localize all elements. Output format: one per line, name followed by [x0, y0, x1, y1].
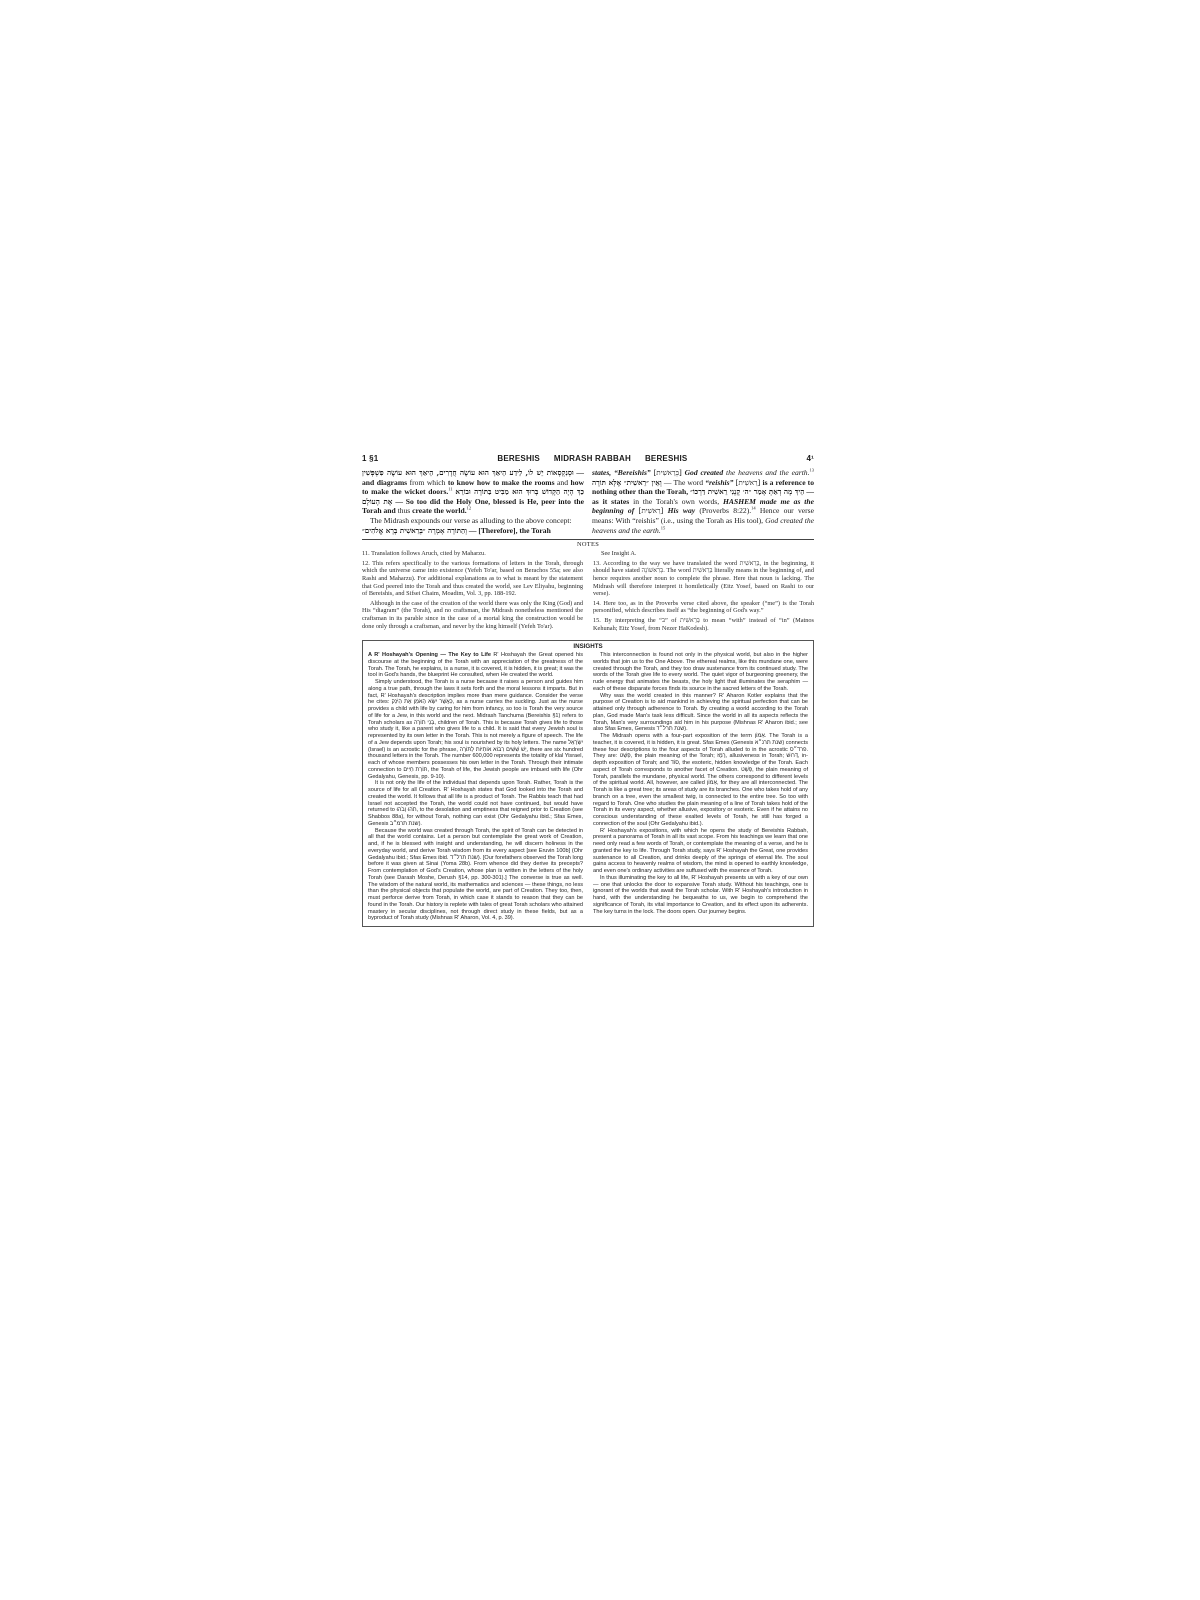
note-item: 11. Translation follows Aruch, cited by … [362, 550, 583, 558]
insight-paragraph: It is not only the life of the individua… [368, 780, 583, 827]
note-item: 14. Here too, as in the Proverbs verse c… [593, 600, 814, 615]
notes-heading: NOTES [362, 541, 814, 548]
main-text: וּסְנִקְסָאוֹת יֵשׁ לוֹ, לֵידַע הֵיאַךְ … [362, 468, 814, 535]
main-right-column: states, “Bereishis” [בְּרֵאשִׁית] God cr… [592, 468, 814, 535]
insights-columns: A R' Hoshayah's Opening — The Key to Lif… [368, 652, 808, 922]
insights-heading: INSIGHTS [368, 643, 808, 650]
notes-section: 11. Translation follows Aruch, cited by … [362, 550, 814, 634]
main-left-column: וּסְנִקְסָאוֹת יֵשׁ לוֹ, לֵידַע הֵיאַךְ … [362, 468, 584, 535]
notes-right-column: See Insight A. 13. According to the way … [593, 550, 814, 634]
note-item: 15. By interpreting the “בּ” of בְּרֵאשִ… [593, 617, 814, 632]
insight-paragraph: R' Hoshayah's expositions, with which he… [593, 828, 808, 875]
insight-title: A R' Hoshayah's Opening — The Key to Lif… [368, 652, 491, 658]
main-paragraph: states, “Bereishis” [בְּרֵאשִׁית] God cr… [592, 468, 814, 535]
book-page: 1 §1 BERESHIS MIDRASH RABBAH BERESHIS 4¹… [362, 452, 814, 927]
insight-paragraph: This interconnection is found not only i… [593, 652, 808, 693]
main-paragraph: וְהַתּוֹרָה אָמְרָה ״בְּרֵאשִׁית בָּרָא … [362, 526, 584, 536]
main-paragraph: The Midrash expounds our verse as alludi… [362, 516, 584, 526]
note-item: 12. This refers specifically to the vari… [362, 560, 583, 598]
insights-box: INSIGHTS A R' Hoshayah's Opening — The K… [362, 640, 814, 927]
insights-left-column: A R' Hoshayah's Opening — The Key to Lif… [368, 652, 583, 922]
note-item: 13. According to the way we have transla… [593, 560, 814, 598]
book-title: BERESHIS MIDRASH RABBAH BERESHIS [497, 454, 687, 463]
notes-left-column: 11. Translation follows Aruch, cited by … [362, 550, 583, 634]
footnote-ref[interactable]: 13 [810, 467, 815, 472]
running-head: 1 §1 BERESHIS MIDRASH RABBAH BERESHIS 4¹ [362, 452, 814, 464]
insight-paragraph: The Midrash opens with a four-part expos… [593, 733, 808, 828]
insight-paragraph: A R' Hoshayah's Opening — The Key to Lif… [368, 652, 583, 679]
insight-paragraph: Simply understood, the Torah is a nurse … [368, 679, 583, 780]
insight-paragraph: Because the world was created through To… [368, 828, 583, 923]
note-item: Although in the case of the creation of … [362, 600, 583, 630]
page-number: 4¹ [806, 454, 814, 463]
footnote-ref[interactable]: 11 [448, 487, 452, 492]
insight-paragraph: In thus illuminating the key to all life… [593, 875, 808, 916]
notes-divider [362, 539, 814, 540]
footnote-ref[interactable]: 15 [661, 525, 666, 530]
chapter-section: 1 §1 [362, 454, 378, 463]
insight-cross-reference[interactable]: See Insight A. [593, 550, 814, 558]
insights-right-column: This interconnection is found not only i… [593, 652, 808, 922]
footnote-ref[interactable]: 12 [467, 506, 472, 511]
main-paragraph: וּסְנִקְסָאוֹת יֵשׁ לוֹ, לֵידַע הֵיאַךְ … [362, 468, 584, 516]
insight-paragraph: Why was the world created in this manner… [593, 693, 808, 734]
